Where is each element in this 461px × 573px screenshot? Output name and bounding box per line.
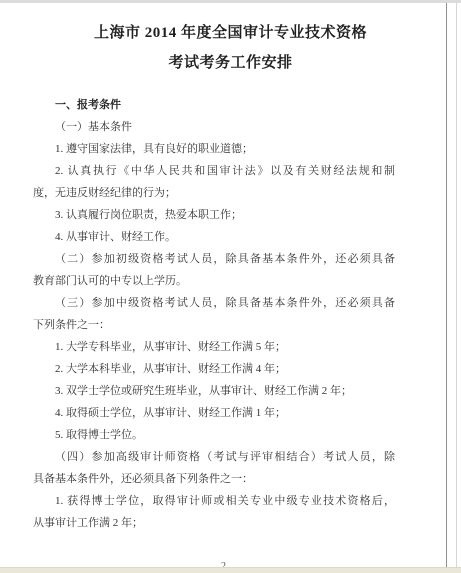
- list-item-paragraph: 1. 获得博士学位，取得审计师或相关专业中级专业技术资格后， 从事审计工作满 2…: [33, 490, 395, 534]
- list-item-paragraph: 2. 大学本科毕业，从事审计、财经工作满 4 年；: [33, 358, 395, 380]
- window-bottom-strip: [0, 567, 461, 573]
- window-right-edge-line: [456, 3, 457, 568]
- list-item-paragraph: 4. 从事审计、财经工作。: [33, 226, 395, 248]
- document-title-line1: 上海市 2014 年度全国审计专业技术资格: [0, 18, 461, 48]
- list-item-paragraph: 1. 遵守国家法律，具有良好的职业道德；: [33, 138, 395, 160]
- window-top-edge: [0, 0, 461, 3]
- doc-line: 度，无违反财经纪律的行为；: [33, 182, 395, 204]
- list-item-paragraph: 4. 取得硕士学位，从事审计、财经工作满 1 年；: [33, 402, 395, 424]
- section-heading-paragraph: 一、报考条件: [33, 94, 395, 116]
- list-item-paragraph: 3. 双学士学位或研究生班毕业，从事审计、财经工作满 2 年；: [33, 380, 395, 402]
- doc-line: 4. 取得硕士学位，从事审计、财经工作满 1 年；: [33, 402, 395, 424]
- section-heading: 一、报考条件: [33, 94, 395, 116]
- document-title-line2: 考试考务工作安排: [0, 48, 461, 78]
- doc-line: 3. 双学士学位或研究生班毕业，从事审计、财经工作满 2 年；: [33, 380, 395, 402]
- list-item-paragraph: 5. 取得博士学位。: [33, 424, 395, 446]
- doc-line: 1. 获得博士学位，取得审计师或相关专业中级专业技术资格后，: [33, 490, 395, 512]
- document-body: 一、报考条件 （一）基本条件 1. 遵守国家法律，具有良好的职业道德； 2. 认…: [33, 94, 395, 534]
- page-right-edge-line: [446, 3, 447, 568]
- document-title: 上海市 2014 年度全国审计专业技术资格 考试考务工作安排: [0, 18, 461, 78]
- doc-line: 2. 大学本科毕业，从事审计、财经工作满 4 年；: [33, 358, 395, 380]
- doc-line: （四）参加高级审计师资格（考试与评审相结合）考试人员，除: [33, 446, 395, 468]
- list-item-paragraph: 3. 认真履行岗位职责，热爱本职工作；: [33, 204, 395, 226]
- doc-line: 1. 大学专科毕业，从事审计、财经工作满 5 年；: [33, 336, 395, 358]
- doc-line: 1. 遵守国家法律，具有良好的职业道德；: [33, 138, 395, 160]
- doc-line: 5. 取得博士学位。: [33, 424, 395, 446]
- list-item-paragraph: 2. 认真执行《中华人民共和国审计法》以及有关财经法规和制 度，无违反财经纪律的…: [33, 160, 395, 204]
- doc-line: 教育部门认可的中专以上学历。: [33, 270, 395, 292]
- subsection-heading-paragraph: （一）基本条件: [33, 116, 395, 138]
- doc-line: 下列条件之一：: [33, 314, 395, 336]
- doc-line: 具备基本条件外，还必须具备下列条件之一：: [33, 468, 395, 490]
- list-item-paragraph: 1. 大学专科毕业，从事审计、财经工作满 5 年；: [33, 336, 395, 358]
- doc-line: （三）参加中级资格考试人员，除具备基本条件外，还必须具备: [33, 292, 395, 314]
- document-page: 上海市 2014 年度全国审计专业技术资格 考试考务工作安排 一、报考条件 （一…: [0, 0, 461, 573]
- doc-line: 3. 认真履行岗位职责，热爱本职工作；: [33, 204, 395, 226]
- body-paragraph: （二）参加初级资格考试人员，除具备基本条件外，还必须具备 教育部门认可的中专以上…: [33, 248, 395, 292]
- subsection-heading: （一）基本条件: [33, 116, 395, 138]
- body-paragraph: （三）参加中级资格考试人员，除具备基本条件外，还必须具备 下列条件之一：: [33, 292, 395, 336]
- body-paragraph: （四）参加高级审计师资格（考试与评审相结合）考试人员，除 具备基本条件外，还必须…: [33, 446, 395, 490]
- doc-line: 2. 认真执行《中华人民共和国审计法》以及有关财经法规和制: [33, 160, 395, 182]
- doc-line: 4. 从事审计、财经工作。: [33, 226, 395, 248]
- doc-line: （二）参加初级资格考试人员，除具备基本条件外，还必须具备: [33, 248, 395, 270]
- doc-line: 从事审计工作满 2 年；: [33, 512, 395, 534]
